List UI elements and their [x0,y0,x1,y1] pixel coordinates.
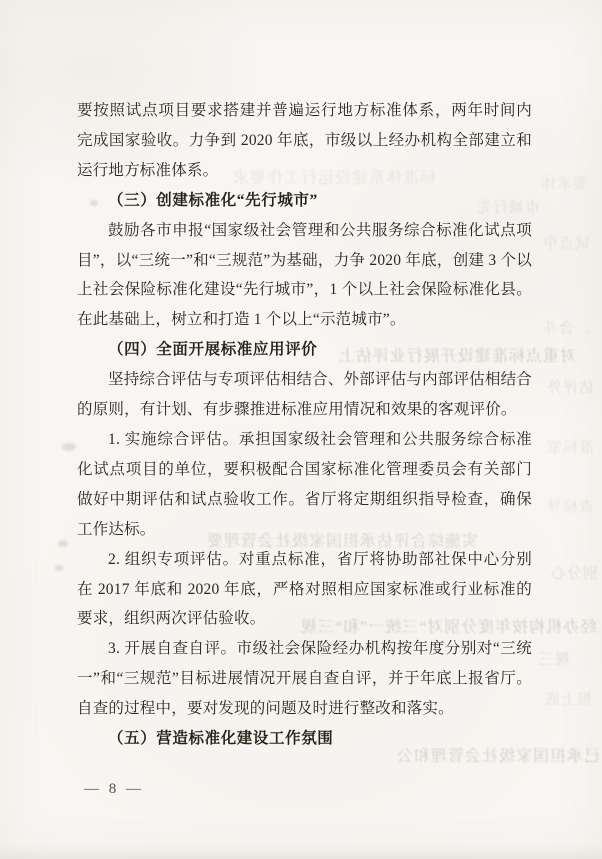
bleed-through-text: 准标家 [546,436,594,457]
paragraph: 鼓励各市申报“国家级社会管理和公共服务综合标准化试点项目”，以“三统一”和“三规… [77,216,532,336]
scanned-document-page: 标准体系建设运行工作要求 市城行先 要求体 试点申 。合斗 对重点标准建设开展行… [0,0,602,859]
page-number: — 8 — [84,781,144,798]
paragraph-item-2: 2. 组织专项评估。对重点标准，省厅将协助部社保中心分别在 2017 年底和 2… [77,545,532,635]
paragraph-item-1: 1. 实施综合评估。承担国家级社会管理和公共服务综合标准化试点项目的单位，要积极… [77,425,532,545]
paragraph-item-3: 3. 开展自查自评。市级社会保险经办机构按年度分别对“三统一”和“三规范”目标进… [77,634,532,724]
bleed-through-text: 规三 [538,648,570,669]
bleed-through-text: 估评外 [546,376,594,397]
bleed-through-text: 查检导 [546,495,594,516]
bleed-through-text: 。合斗 [542,317,590,338]
section-heading-5: （五）营造标准化建设工作氛围 [77,724,532,754]
bleed-through-text: 要求体 [540,172,588,193]
section-heading-4: （四）全面开展标准应用评价 [77,335,532,365]
bleed-through-text: 别分心 [550,562,598,583]
document-body: 要按照试点项目要求搭建并普遍运行地方标准体系，两年时间内完成国家验收。力争到 2… [77,96,532,754]
bleed-through-text: 报上底 [544,688,592,709]
ink-smudge [58,540,68,547]
ink-smudge [55,565,64,571]
ink-smudge [62,443,76,451]
paragraph: 坚持综合评估与专项评估相结合、外部评估与内部评估相结合的原则，有计划、有步骤推进… [77,365,532,425]
paragraph-continuation: 要按照试点项目要求搭建并普遍运行地方标准体系，两年时间内完成国家验收。力争到 2… [77,96,532,186]
section-heading-3: （三）创建标准化“先行城市” [77,186,532,216]
bleed-through-text: 试点申 [542,232,590,253]
